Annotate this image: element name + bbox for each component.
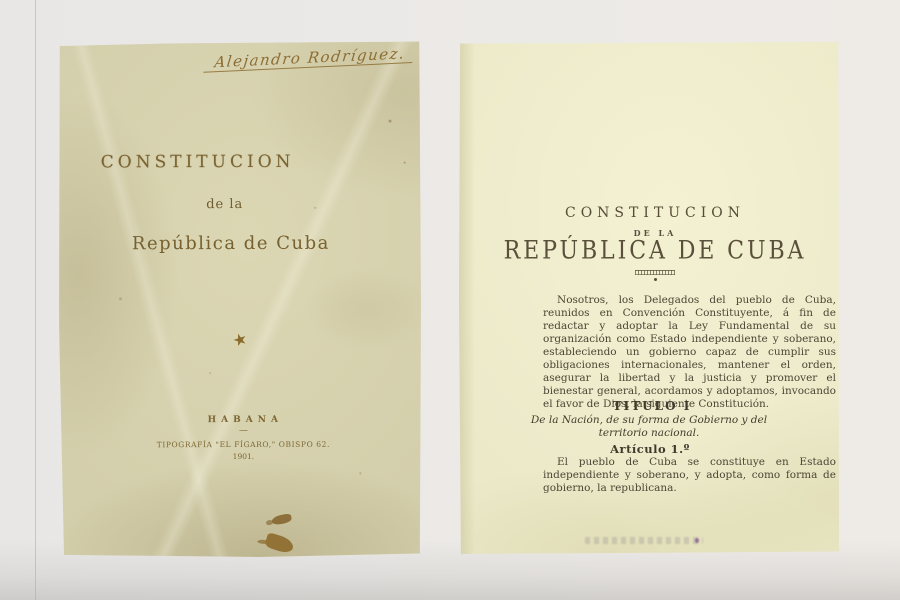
title-page: CONSTITUCION DE LA REPÚBLICA DE CUBA Nos… [459, 42, 839, 554]
cover-page: Alejandro Rodríguez. CONSTITUCION de la … [58, 42, 421, 558]
imprint-printer: TIPOGRAFÍA "EL FÍGARO," OBISPO 62. [157, 440, 330, 449]
ink-stain [271, 513, 292, 525]
ink-stain [264, 532, 295, 555]
imprint-rule: — [239, 426, 248, 436]
mat-edge-line [35, 0, 36, 600]
preamble-paragraph: Nosotros, los Delegados del pueblo de Cu… [543, 294, 836, 411]
foxing-speck [119, 297, 122, 300]
titulo-subheading: De la Nación, de su forma de Gobierno y … [507, 414, 791, 439]
page-heading-republica: REPÚBLICA DE CUBA [504, 237, 807, 265]
cover-title-republica: República de Cuba [132, 233, 330, 255]
handwritten-signature: Alejandro Rodríguez. [203, 44, 414, 73]
foxing-speck [209, 372, 211, 374]
ornament-rule [635, 270, 675, 281]
titulo-heading: TITULO I [613, 399, 692, 413]
foxing-speck [404, 162, 406, 164]
purple-mark [695, 538, 699, 543]
foxing-speck [359, 472, 361, 475]
articulo-paragraph: El pueblo de Cuba se constituye en Estad… [543, 456, 836, 495]
foxing-speck [389, 120, 392, 123]
imprint-city: HABANA [208, 415, 283, 425]
ornament-dot [654, 278, 657, 281]
foxing-speck [314, 207, 317, 209]
ornament-bar [635, 270, 675, 275]
star-icon: ★ [231, 330, 250, 350]
page-heading: CONSTITUCION [565, 205, 745, 221]
imprint-year: 1901. [233, 452, 255, 461]
document-photograph: Alejandro Rodríguez. CONSTITUCION de la … [0, 0, 900, 600]
articulo-label: Artículo 1.º [610, 442, 690, 456]
cover-title: CONSTITUCION [101, 152, 295, 173]
cover-title-dela: de la [206, 197, 243, 212]
pencil-annotation [585, 537, 703, 544]
